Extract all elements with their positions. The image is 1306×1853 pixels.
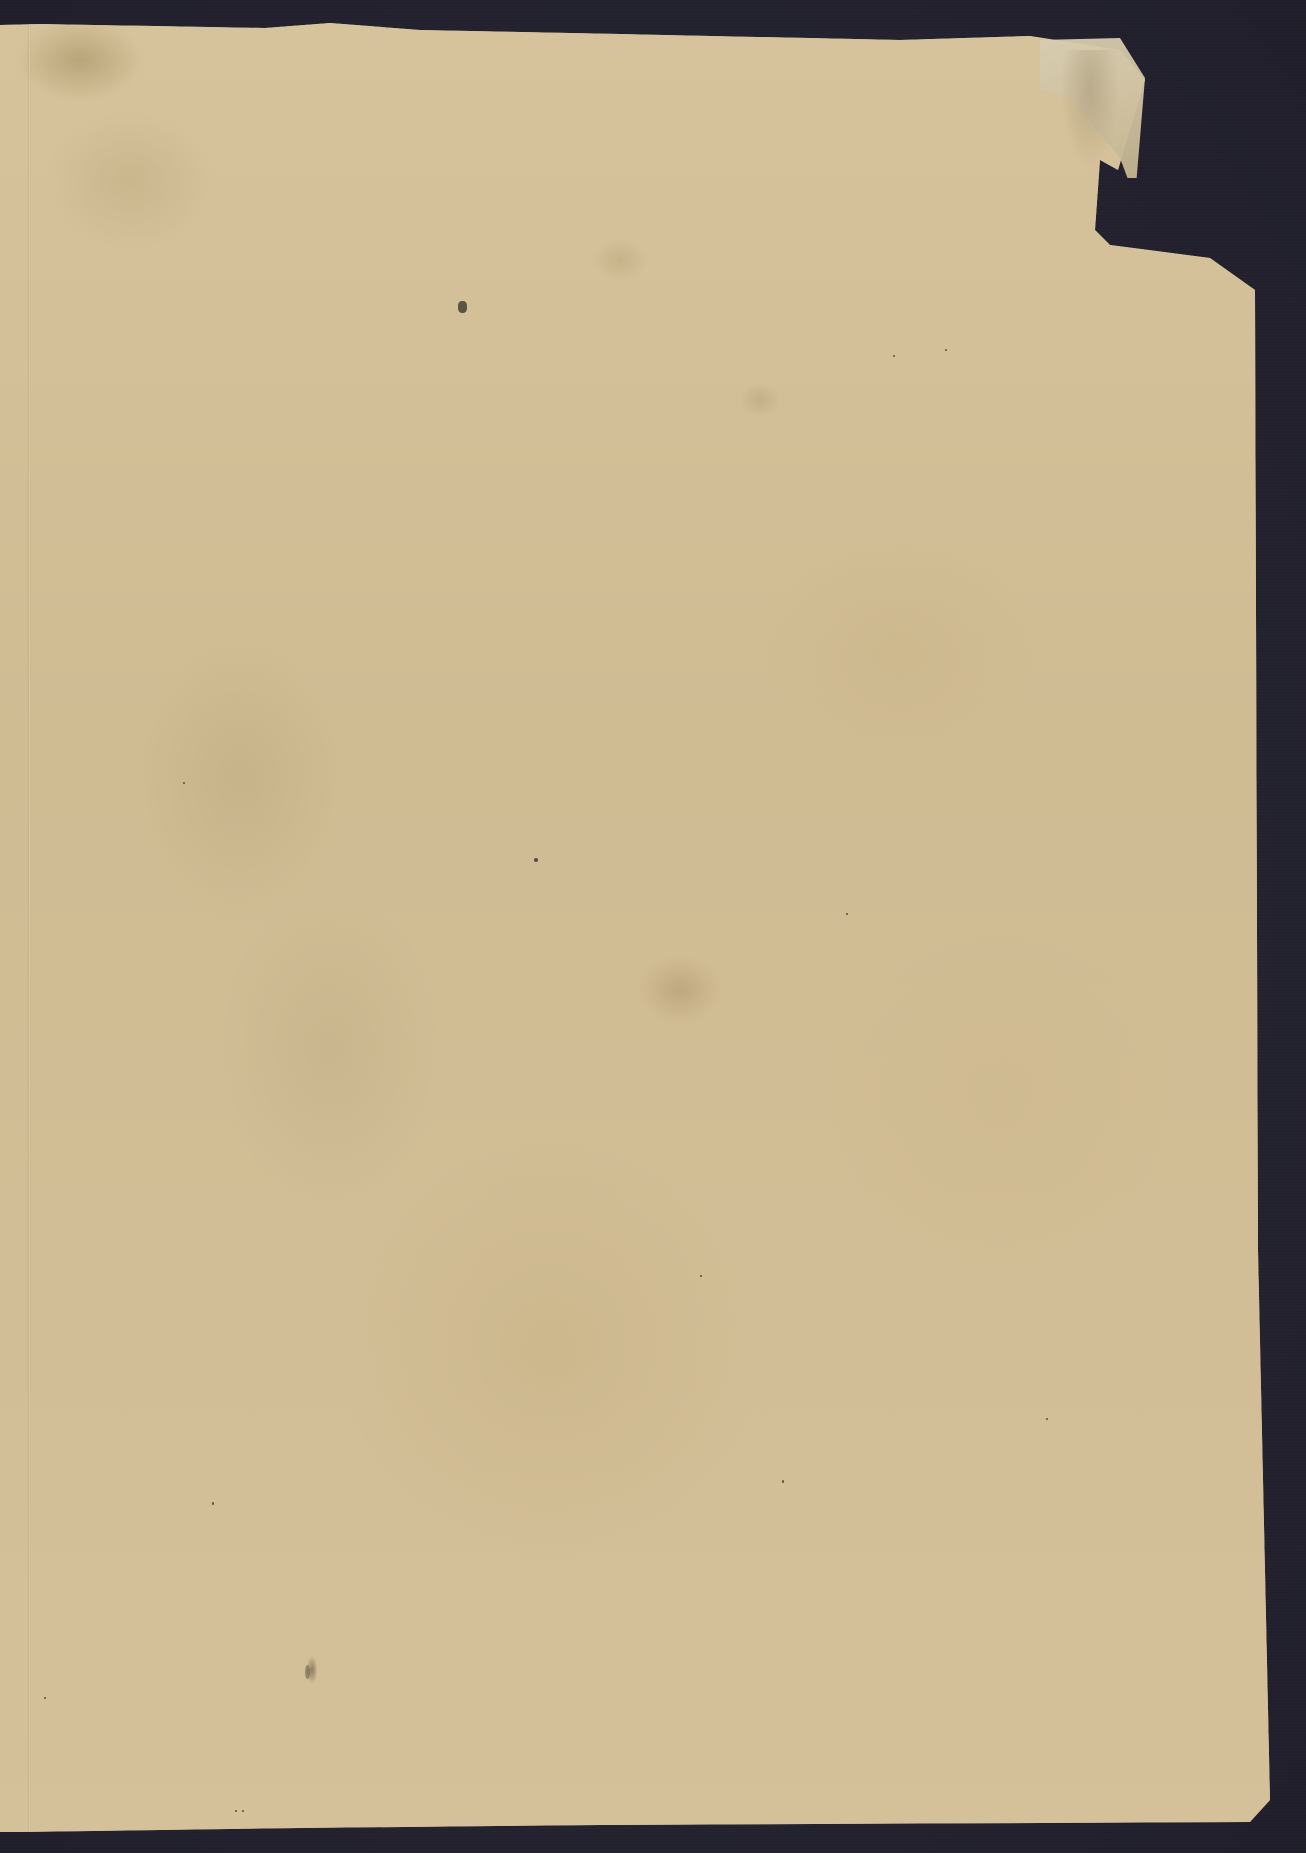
dust-speck [534, 858, 538, 862]
dust-speck [782, 1480, 784, 1483]
dust-speck [846, 913, 848, 915]
blank-paper-page [0, 0, 1306, 1853]
fold-crease [28, 25, 31, 1830]
dust-speck [44, 1697, 46, 1699]
dust-speck [235, 1810, 237, 1812]
corner-stain [1060, 50, 1120, 170]
dust-speck [242, 1810, 244, 1812]
ink-spot [458, 301, 467, 313]
dust-speck [700, 1275, 702, 1277]
dust-speck [893, 355, 895, 357]
dust-speck [1046, 1418, 1048, 1420]
dust-speck [945, 349, 947, 351]
dust-speck [305, 1665, 310, 1679]
dust-speck [212, 1502, 214, 1505]
dust-speck [183, 782, 185, 784]
